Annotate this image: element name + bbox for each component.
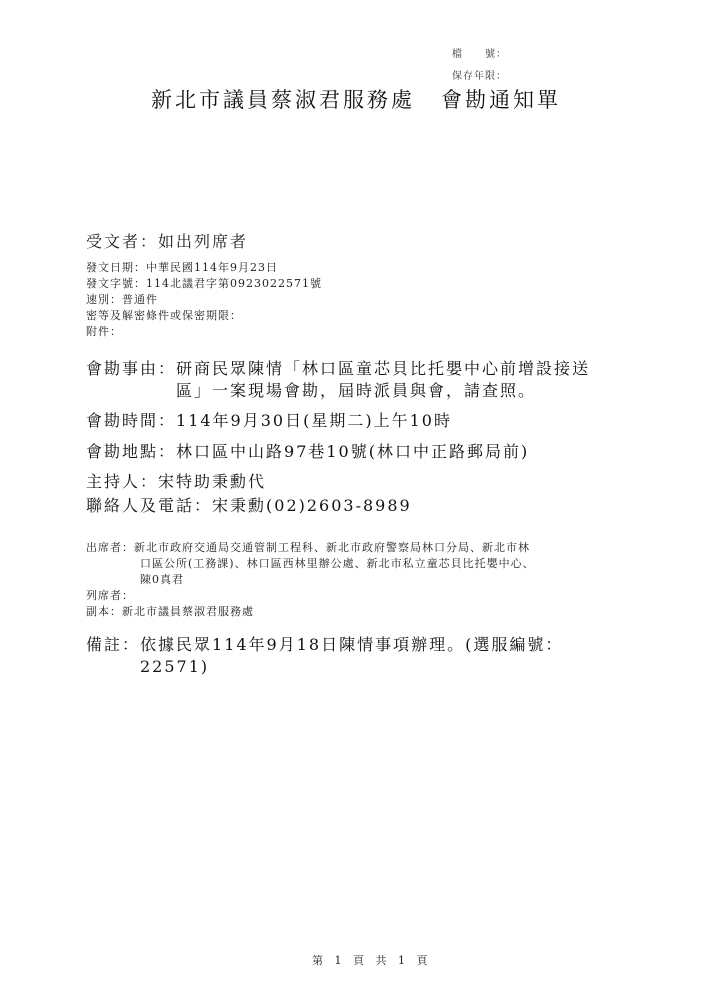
page-number: 第 1 頁 共 1 頁 [312,952,431,968]
document-number-label: 發文字號： [86,277,146,290]
time-label: 會勘時間： [86,411,176,430]
contact-row: 聯絡人及電話：宋秉勳(02)2603-8989 [86,495,412,517]
issue-info-block: 發文日期：中華民國114年9月23日 發文字號：114北議君字第09230225… [86,260,322,340]
classification-label: 密等及解密條件或保密期限： [86,309,242,322]
inspection-time: 會勘時間：114年9月30日(星期二)上午10時 [86,410,452,432]
reason-label: 會勘事由： [86,359,176,378]
inspection-place: 會勘地點：林口區中山路97巷10號(林口中正路郵局前) [86,441,529,463]
issue-date-value: 中華民國114年9月23日 [146,261,278,274]
contact-label: 聯絡人及電話： [86,496,212,515]
remark: 備註：依據民眾114年9月18日陳情事項辦理。(選服編號： 22571) [86,634,563,678]
file-number-label: 檔 號： [452,45,507,60]
recipient-label: 受文者： [86,232,158,251]
retention-period-label: 保存年限： [452,67,507,82]
remark-label: 備註： [86,635,140,654]
attendees-line-1: 新北市政府交通局交通管制工程科、新北市政府警察局林口分局、新北市林 [134,541,530,554]
document-number-value: 114北議君字第0923022571號 [146,277,322,290]
reason-line-2: 區」一案現場會勘，屆時派員與會，請查照。 [176,381,536,400]
attendees-row-2: 口區公所(工務課)、林口區西林里辦公處、新北市私立童芯貝比托嬰中心、 [86,556,535,572]
document-number-row: 發文字號：114北議君字第0923022571號 [86,276,322,292]
attachment-row: 附件： [86,324,322,340]
attendees-block: 出席者：新北市政府交通局交通管制工程科、新北市政府警察局林口分局、新北市林 口區… [86,540,535,620]
attendees-label: 出席者： [86,541,134,554]
observers-row: 列席者： [86,588,535,604]
document-type: 會勘通知單 [441,88,561,112]
host-value: 宋特助秉勳代 [158,472,266,491]
attendees-line-2: 口區公所(工務課)、林口區西林里辦公處、新北市私立童芯貝比托嬰中心、 [140,557,535,570]
time-value: 114年9月30日(星期二)上午10時 [176,411,452,430]
observers-label: 列席者： [86,589,134,602]
issue-date-row: 發文日期：中華民國114年9月23日 [86,260,322,276]
reason-line-1: 研商民眾陳情「林口區童芯貝比托嬰中心前增設接送 [176,359,590,378]
attendees-row-3: 陳0真君 [86,572,535,588]
recipient-value: 如出列席者 [158,232,248,251]
issue-date-label: 發文日期： [86,261,146,274]
remark-line-2: 22571) [140,657,209,676]
classification-row: 密等及解密條件或保密期限： [86,308,322,324]
inspection-reason: 會勘事由：研商民眾陳情「林口區童芯貝比托嬰中心前增設接送 區」一案現場會勘，屆時… [86,358,590,402]
place-value: 林口區中山路97巷10號(林口中正路郵局前) [176,442,529,461]
host-row: 主持人：宋特助秉勳代 [86,471,266,493]
attachment-label: 附件： [86,325,122,338]
contact-value: 宋秉勳(02)2603-8989 [212,496,412,515]
copy-label: 副本： [86,605,122,618]
copy-value: 新北市議員蔡淑君服務處 [122,605,254,618]
place-label: 會勘地點： [86,442,176,461]
remark-line-1: 依據民眾114年9月18日陳情事項辦理。(選服編號： [140,635,563,654]
document-title: 新北市議員蔡淑君服務處會勘通知單 [151,84,561,114]
copy-row: 副本：新北市議員蔡淑君服務處 [86,604,535,620]
attendees-line-3: 陳0真君 [140,573,184,586]
recipient-line: 受文者：如出列席者 [86,229,248,252]
host-label: 主持人： [86,472,158,491]
urgency-row: 速別：普通件 [86,292,322,308]
urgency-value: 普通件 [122,293,158,306]
office-name: 新北市議員蔡淑君服務處 [151,88,415,112]
urgency-label: 速別： [86,293,122,306]
attendees-row-1: 出席者：新北市政府交通局交通管制工程科、新北市政府警察局林口分局、新北市林 [86,540,535,556]
